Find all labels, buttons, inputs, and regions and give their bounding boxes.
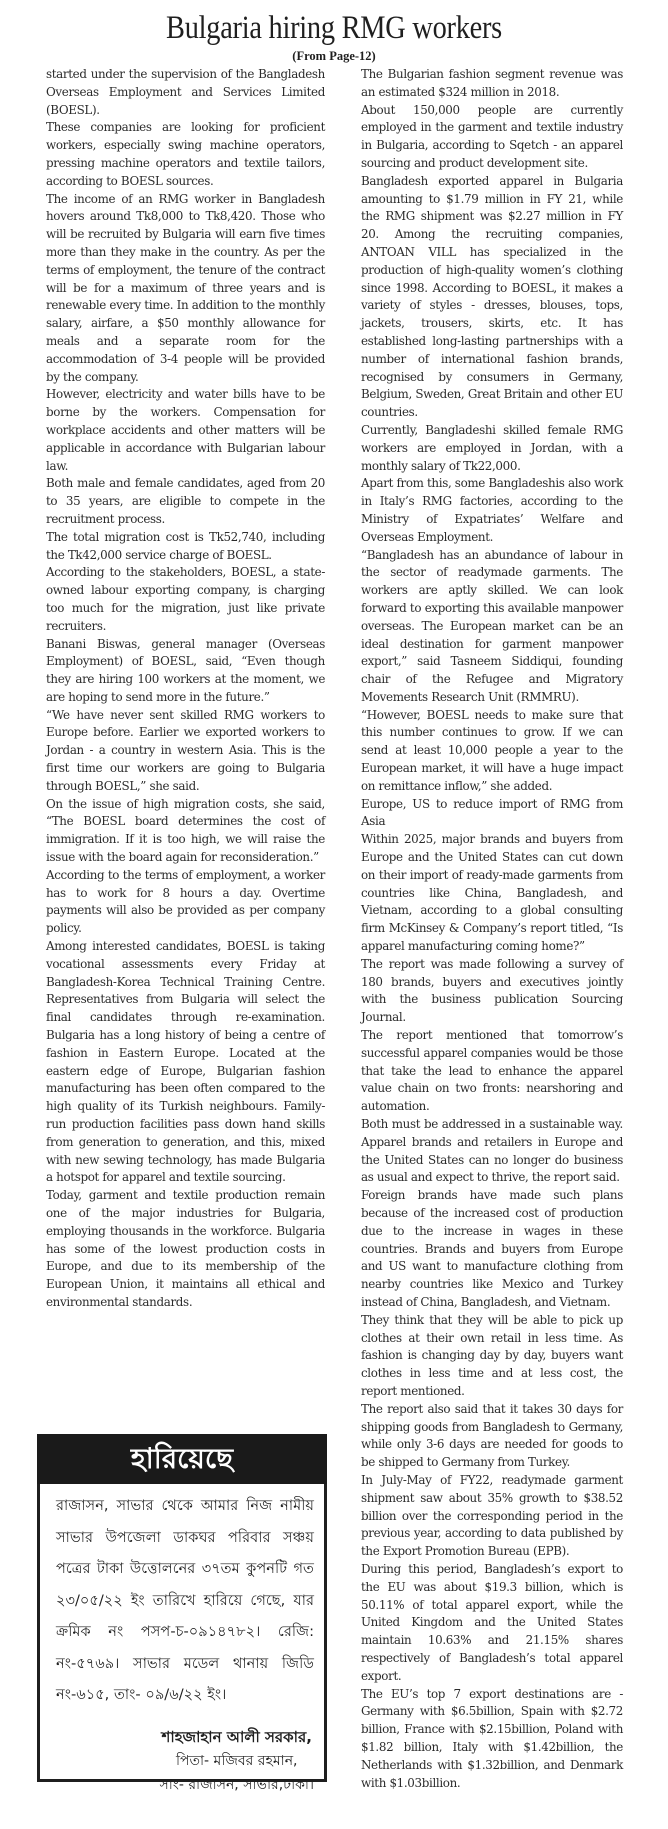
ad-body-text: রাজাসন, সাভার থেকে আমার নিজ নামীয় সাভার… xyxy=(40,1484,324,1711)
paragraph: During this period, Bangladesh’s export … xyxy=(361,1561,623,1686)
paragraph: Foreign brands have made such plans beca… xyxy=(361,1187,623,1312)
paragraph: Today, garment and textile production re… xyxy=(46,1187,325,1312)
lost-notice-ad: হারিয়েছে রাজাসন, সাভার থেকে আমার নিজ না… xyxy=(37,1434,327,1782)
paragraph: “We have never sent skilled RMG workers … xyxy=(46,707,325,796)
paragraph: According to the terms of employment, a … xyxy=(46,867,325,938)
paragraph: The report was made following a survey o… xyxy=(361,956,623,1027)
paragraph: The total migration cost is Tk52,740, in… xyxy=(46,529,325,565)
paragraph: However, electricity and water bills hav… xyxy=(46,386,325,475)
paragraph: The EU’s top 7 export destinations are -… xyxy=(361,1686,623,1793)
signature-name: শাহজাহান আলী সরকার, xyxy=(160,1725,314,1749)
subheading: Europe, US to reduce import of RMG from … xyxy=(361,796,623,832)
paragraph: “Bangladesh has an abundance of labour i… xyxy=(361,547,623,707)
paragraph: started under the supervision of the Ban… xyxy=(46,66,325,119)
paragraph: The report mentioned that tomorrow’s suc… xyxy=(361,1027,623,1116)
article-headline: Bulgaria hiring RMG workers xyxy=(47,8,621,48)
article-column-left: started under the supervision of the Ban… xyxy=(46,66,325,1312)
ad-title: হারিয়েছে xyxy=(37,1434,327,1484)
paragraph: The income of an RMG worker in Banglades… xyxy=(46,191,325,387)
paragraph: The Bulgarian fashion segment revenue wa… xyxy=(361,66,623,102)
paragraph: The report also said that it takes 30 da… xyxy=(361,1401,623,1472)
paragraph: “However, BOESL needs to make sure that … xyxy=(361,707,623,796)
paragraph: Currently, Bangladeshi skilled female RM… xyxy=(361,422,623,475)
paragraph: According to the stakeholders, BOESL, a … xyxy=(46,564,325,635)
paragraph: Bangladesh exported apparel in Bulgaria … xyxy=(361,173,623,422)
paragraph: Among interested candidates, BOESL is ta… xyxy=(46,938,325,1187)
paragraph: These companies are looking for proficie… xyxy=(46,119,325,190)
paragraph: About 150,000 people are currently emplo… xyxy=(361,102,623,173)
paragraph: In July-May of FY22, readymade garment s… xyxy=(361,1472,623,1561)
paragraph: Banani Biswas, general manager (Overseas… xyxy=(46,636,325,707)
signature-father: পিতা- মজিবর রহমান, xyxy=(160,1749,314,1773)
article-column-right: The Bulgarian fashion segment revenue wa… xyxy=(361,66,623,1792)
ad-signature: শাহজাহান আলী সরকার, পিতা- মজিবর রহমান, স… xyxy=(40,1725,324,1797)
continuation-note: (From Page-12) xyxy=(0,48,668,64)
paragraph: On the issue of high migration costs, sh… xyxy=(46,796,325,867)
paragraph: Both male and female candidates, aged fr… xyxy=(46,475,325,528)
paragraph: Apart from this, some Bangladeshis also … xyxy=(361,475,623,546)
signature-address: সাং- রাজাসন, সাভার,ঢাকা। xyxy=(160,1773,314,1797)
paragraph: They think that they will be able to pic… xyxy=(361,1312,623,1401)
paragraph: Both must be addressed in a sustainable … xyxy=(361,1116,623,1187)
paragraph: Within 2025, major brands and buyers fro… xyxy=(361,831,623,956)
